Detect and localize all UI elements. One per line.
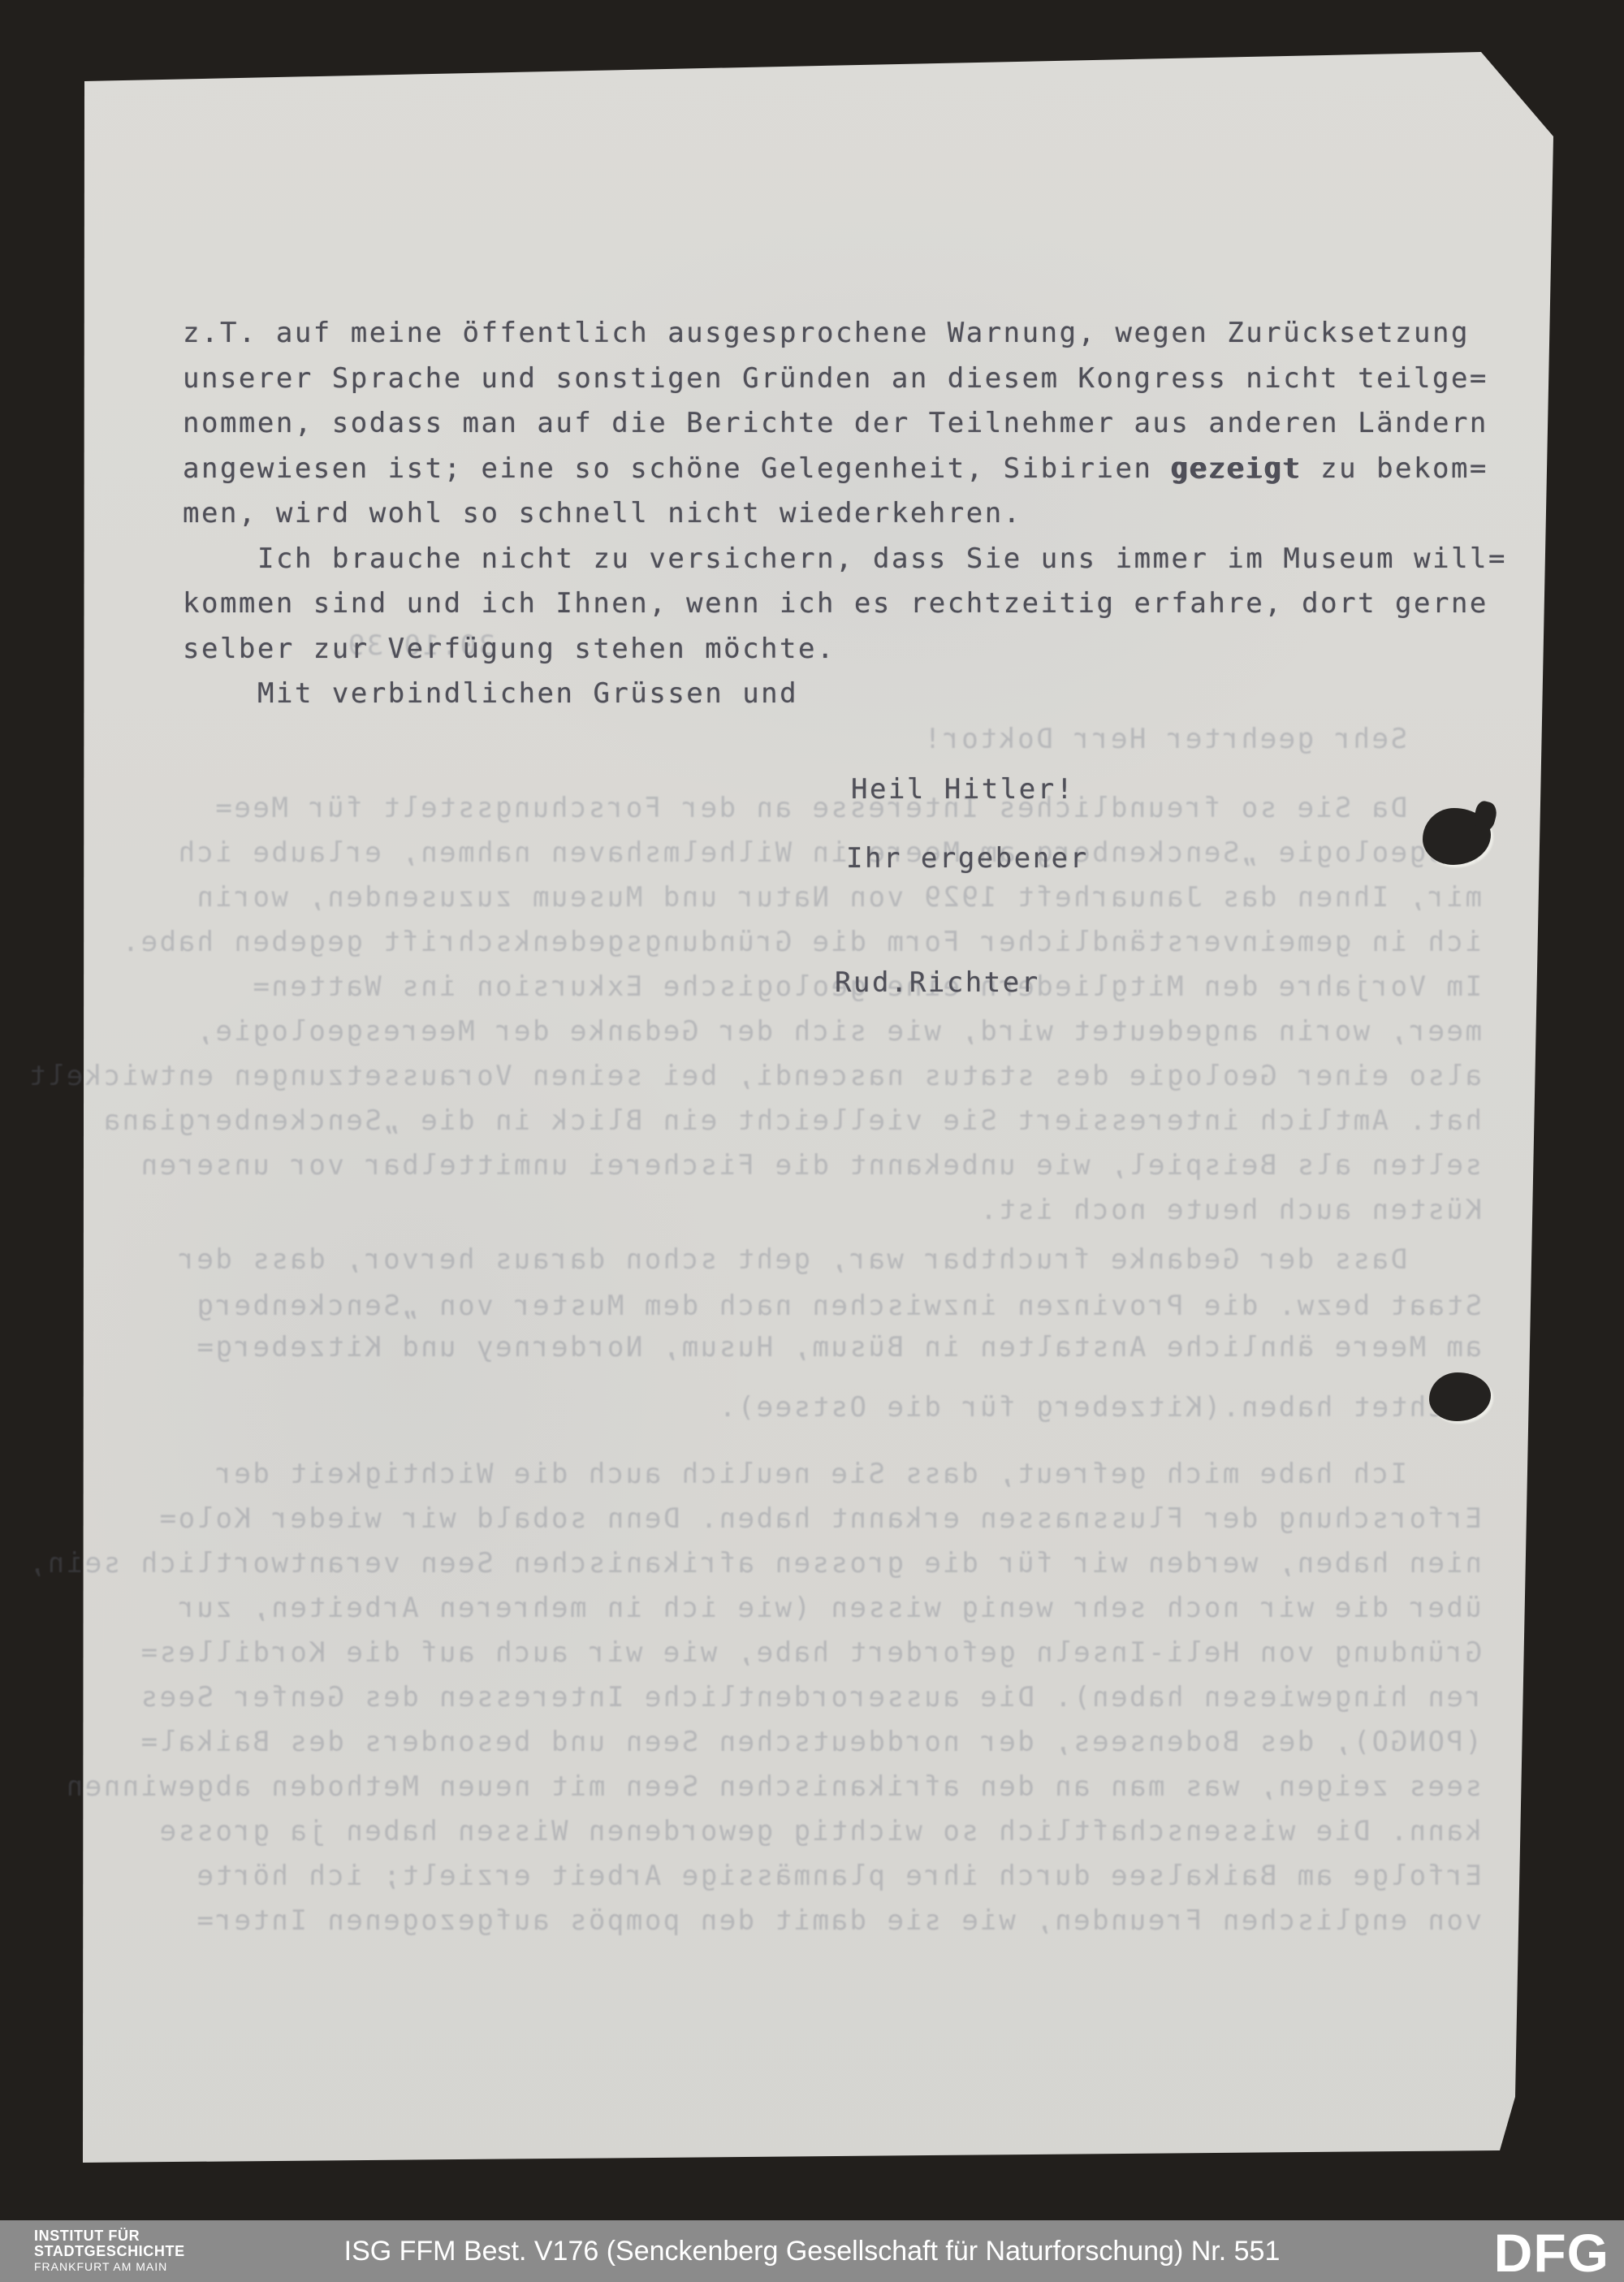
- letter-salute: Heil Hitler!: [851, 773, 1075, 806]
- letter-valediction: Ihr ergebener: [846, 842, 1089, 875]
- letter-line: nommen, sodass man auf die Berichte der …: [183, 407, 1488, 439]
- letter-signature: Rud.Richter: [835, 966, 1040, 999]
- letter-line: Ich brauche nicht zu versichern, dass Si…: [257, 542, 1507, 575]
- overstruck-word: gezeigt: [1171, 452, 1302, 485]
- letter-body: Heil Hitler! Ihr ergebener Rud.Richter z…: [0, 0, 1624, 2282]
- footer-bar: INSTITUT FÜR STADTGESCHICHTE FRANKFURT A…: [0, 2220, 1624, 2282]
- letter-line: z.T. auf meine öffentlich ausgesprochene…: [183, 317, 1470, 349]
- dfg-logo: DFG: [1494, 2222, 1609, 2282]
- letter-line: unserer Sprache und sonstigen Gründen an…: [183, 362, 1488, 395]
- letter-line: men, wird wohl so schnell nicht wiederke…: [183, 497, 1022, 529]
- letter-line: Mit verbindlichen Grüssen und: [257, 677, 798, 710]
- letter-line: angewiesen ist; eine so schöne Gelegenhe…: [183, 452, 1488, 485]
- letter-line: kommen sind und ich Ihnen, wenn ich es r…: [183, 587, 1488, 620]
- archive-reference-label: ISG FFM Best. V176 (Senckenberg Gesellsc…: [0, 2220, 1624, 2282]
- letter-line: selber zur Verfügung stehen möchte.: [183, 633, 836, 665]
- scan-stage: 30.10.39.Sehr geehrter Herr Doktor!Da Si…: [0, 0, 1624, 2282]
